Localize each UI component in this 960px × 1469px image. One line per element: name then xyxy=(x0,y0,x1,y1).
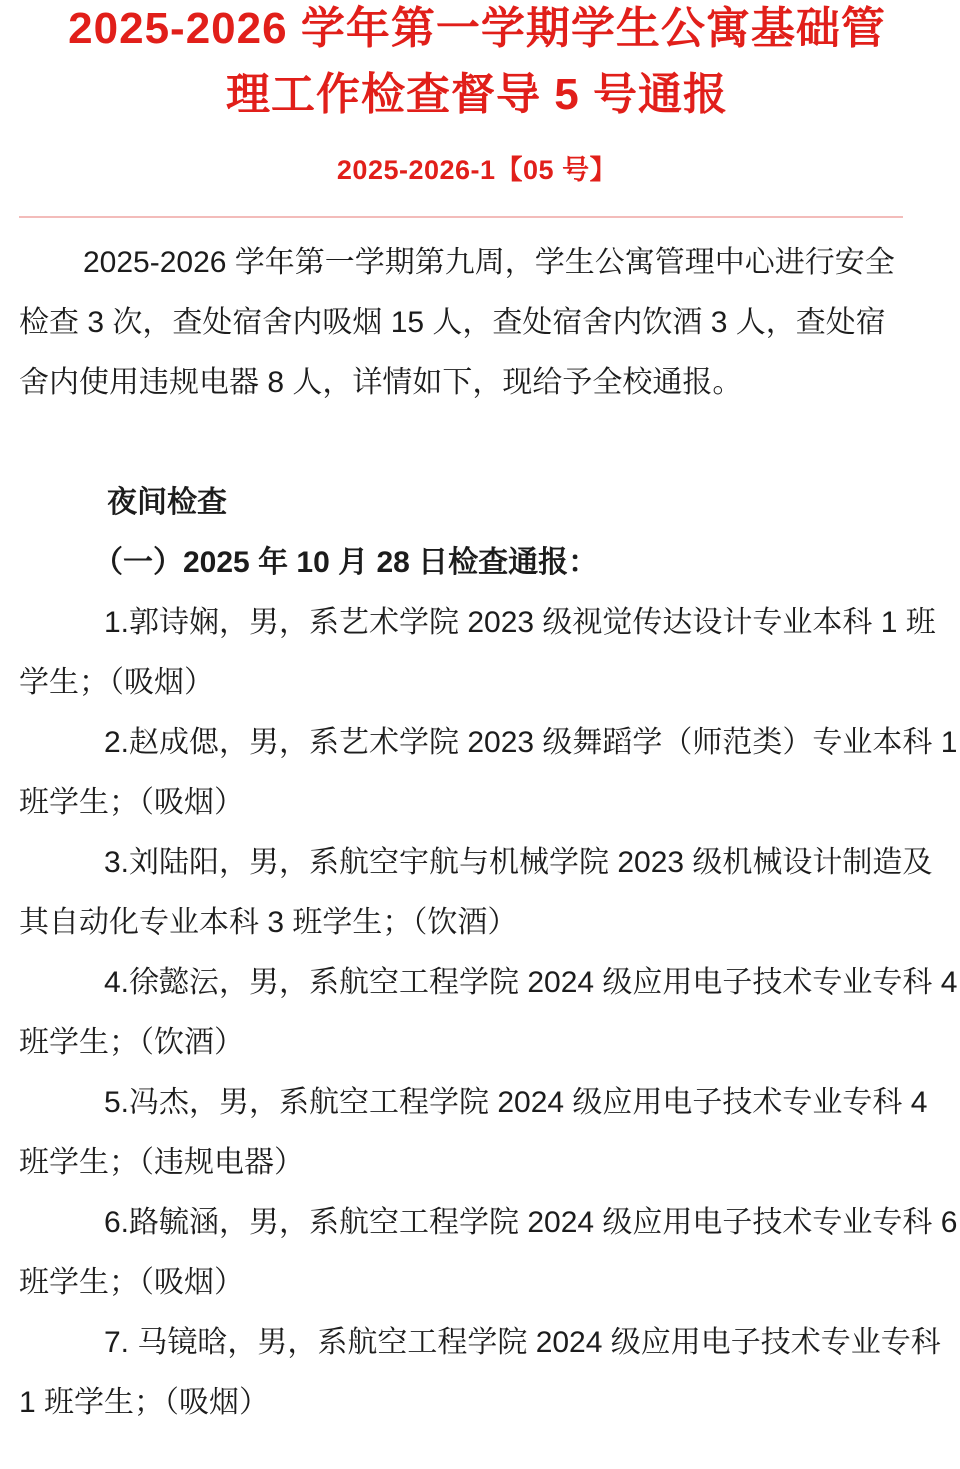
violations-list: 1.郭诗娴，男，系艺术学院 2023 级视觉传达设计专业本科 1 班 学生；（吸… xyxy=(19,593,935,1433)
violation-line: 班学生；（违规电器） xyxy=(19,1133,935,1193)
violation-line: 6.路毓涵，男，系航空工程学院 2024 级应用电子技术专业专科 6 xyxy=(19,1193,935,1253)
intro-paragraph: 2025-2026 学年第一学期第九周，学生公寓管理中心进行安全 检查 3 次，… xyxy=(19,233,935,413)
intro-line: 舍内使用违规电器 8 人，详情如下，现给予全校通报。 xyxy=(19,353,935,413)
violation-item: 3.刘陆阳，男，系航空宇航与机械学院 2023 级机械设计制造及 其自动化专业本… xyxy=(19,833,935,953)
violation-line: 5.冯杰，男，系航空工程学院 2024 级应用电子技术专业专科 4 xyxy=(19,1073,935,1133)
violation-line: 班学生；（饮酒） xyxy=(19,1013,935,1073)
violation-item: 7. 马镜晗，男，系航空工程学院 2024 级应用电子技术专业专科 1 班学生；… xyxy=(19,1313,935,1433)
violation-item: 2.赵成偲，男，系艺术学院 2023 级舞蹈学（师范类）专业本科 1 班学生；（… xyxy=(19,713,935,833)
violation-line: 其自动化专业本科 3 班学生；（饮酒） xyxy=(19,893,935,953)
violation-line: 学生；（吸烟） xyxy=(19,653,935,713)
violation-line: 班学生；（吸烟） xyxy=(19,773,935,833)
violation-line: 班学生；（吸烟） xyxy=(19,1253,935,1313)
notice-title-line: 2025-2026 学年第一学期学生公寓基础管 xyxy=(19,0,935,62)
intro-line: 检查 3 次，查处宿舍内吸烟 15 人，查处宿舍内饮酒 3 人，查处宿 xyxy=(19,293,935,353)
title-divider xyxy=(19,216,903,218)
violation-line: 1.郭诗娴，男，系艺术学院 2023 级视觉传达设计专业本科 1 班 xyxy=(19,593,935,653)
violation-line: 3.刘陆阳，男，系航空宇航与机械学院 2023 级机械设计制造及 xyxy=(19,833,935,893)
issue-number: 2025-2026-1【05 号】 xyxy=(19,155,935,185)
subsection-heading-inspection-report-date: （一）2025 年 10 月 28 日检查通报： xyxy=(19,533,935,593)
notice-document: 2025-2026 学年第一学期学生公寓基础管 理工作检查督导 5 号通报 20… xyxy=(0,0,960,1469)
violation-line: 7. 马镜晗，男，系航空工程学院 2024 级应用电子技术专业专科 xyxy=(19,1313,935,1373)
violation-item: 5.冯杰，男，系航空工程学院 2024 级应用电子技术专业专科 4 班学生；（违… xyxy=(19,1073,935,1193)
violation-line: 1 班学生；（吸烟） xyxy=(19,1373,935,1433)
notice-title: 2025-2026 学年第一学期学生公寓基础管 理工作检查督导 5 号通报 xyxy=(19,0,935,128)
violation-line: 4.徐懿沄，男，系航空工程学院 2024 级应用电子技术专业专科 4 xyxy=(19,953,935,1013)
section-heading-night-inspection: 夜间检查 xyxy=(19,473,935,533)
notice-title-line: 理工作检查督导 5 号通报 xyxy=(19,62,935,128)
intro-line: 2025-2026 学年第一学期第九周，学生公寓管理中心进行安全 xyxy=(19,233,935,293)
notice-body: 2025-2026 学年第一学期第九周，学生公寓管理中心进行安全 检查 3 次，… xyxy=(19,233,935,1433)
violation-item: 4.徐懿沄，男，系航空工程学院 2024 级应用电子技术专业专科 4 班学生；（… xyxy=(19,953,935,1073)
violation-line: 2.赵成偲，男，系艺术学院 2023 级舞蹈学（师范类）专业本科 1 xyxy=(19,713,935,773)
violation-item: 6.路毓涵，男，系航空工程学院 2024 级应用电子技术专业专科 6 班学生；（… xyxy=(19,1193,935,1313)
violation-item: 1.郭诗娴，男，系艺术学院 2023 级视觉传达设计专业本科 1 班 学生；（吸… xyxy=(19,593,935,713)
